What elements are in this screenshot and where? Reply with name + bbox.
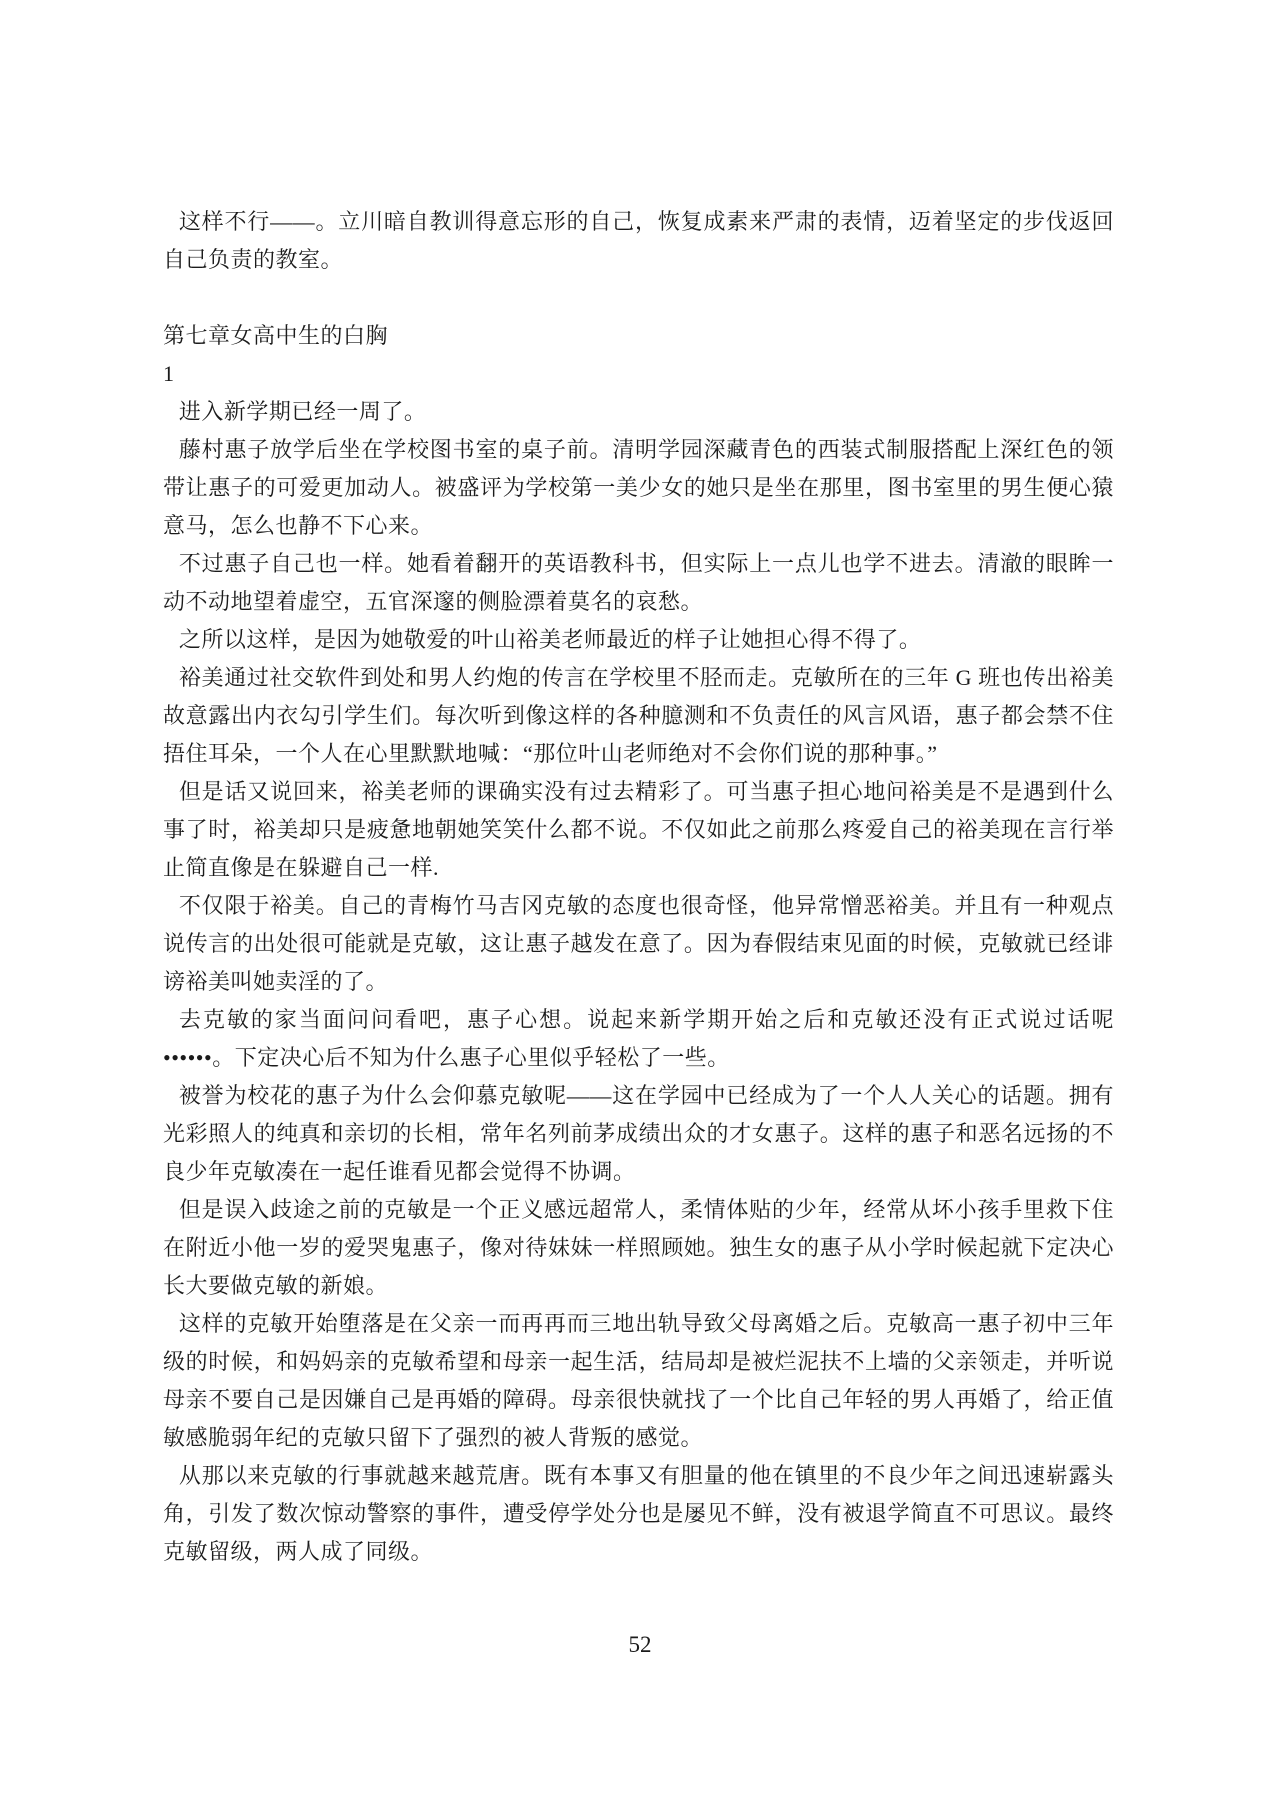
body-paragraph: 进入新学期已经一周了。 xyxy=(163,393,1114,431)
body-paragraph: 这样的克敏开始堕落是在父亲一而再再而三地出轨导致父母离婚之后。克敏高一惠子初中三… xyxy=(163,1305,1114,1457)
body-paragraph: 但是话又说回来，裕美老师的课确实没有过去精彩了。可当惠子担心地问裕美是不是遇到什… xyxy=(163,773,1114,887)
intro-paragraph: 这样不行——。立川暗自教训得意忘形的自己，恢复成素来严肃的表情，迈着坚定的步伐返… xyxy=(163,203,1114,279)
body-paragraph: 裕美通过社交软件到处和男人约炮的传言在学校里不胫而走。克敏所在的三年 G 班也传… xyxy=(163,659,1114,773)
section-number: 1 xyxy=(163,355,1114,393)
body-paragraph: 但是误入歧途之前的克敏是一个正义感远超常人，柔情体贴的少年，经常从坏小孩手里救下… xyxy=(163,1191,1114,1305)
blank-line xyxy=(163,279,1114,317)
body-paragraph: 去克敏的家当面问问看吧，惠子心想。说起来新学期开始之后和克敏还没有正式说过话呢•… xyxy=(163,1001,1114,1077)
body-paragraph: 不过惠子自己也一样。她看着翻开的英语教科书，但实际上一点儿也学不进去。清澈的眼眸… xyxy=(163,545,1114,621)
page-text-block: 这样不行——。立川暗自教训得意忘形的自己，恢复成素来严肃的表情，迈着坚定的步伐返… xyxy=(163,203,1114,1571)
body-paragraph: 藤村惠子放学后坐在学校图书室的桌子前。清明学园深藏青色的西装式制服搭配上深红色的… xyxy=(163,431,1114,545)
body-paragraph: 不仅限于裕美。自己的青梅竹马吉冈克敏的态度也很奇怪，他异常憎恶裕美。并且有一种观… xyxy=(163,887,1114,1001)
page-number: 52 xyxy=(0,1632,1280,1658)
chapter-title: 第七章女高中生的白胸 xyxy=(163,317,1114,355)
document-page: 这样不行——。立川暗自教训得意忘形的自己，恢复成素来严肃的表情，迈着坚定的步伐返… xyxy=(0,0,1280,1811)
body-paragraph: 之所以这样，是因为她敬爱的叶山裕美老师最近的样子让她担心得不得了。 xyxy=(163,621,1114,659)
body-paragraph: 从那以来克敏的行事就越来越荒唐。既有本事又有胆量的他在镇里的不良少年之间迅速崭露… xyxy=(163,1457,1114,1571)
body-paragraph: 被誉为校花的惠子为什么会仰慕克敏呢——这在学园中已经成为了一个人人关心的话题。拥… xyxy=(163,1077,1114,1191)
